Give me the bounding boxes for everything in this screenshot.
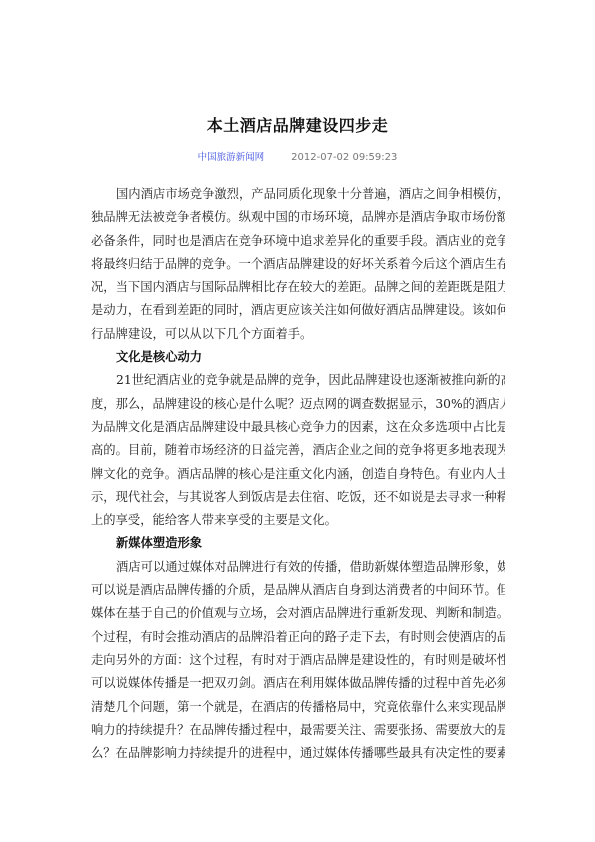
section-heading: 新媒体塑造形象 (91, 532, 505, 555)
paragraph-line: 牌文化的竞争。酒店品牌的核心是注重文化内涵，创造自身特色。有业内人士表 (91, 463, 505, 486)
section-heading: 文化是核心动力 (91, 346, 505, 369)
paragraph-line: 况，当下国内酒店与国际品牌相比存在较大的差距。品牌之间的差距既是阻力也 (91, 276, 505, 299)
paragraph-line: 可以说是酒店品牌传播的介质，是品牌从酒店自身到达消费者的中间环节。但是 (91, 579, 505, 602)
paragraph-line: 么？在品牌影响力持续提升的进程中，通过媒体传播哪些最具有决定性的要素？ (91, 742, 505, 765)
article-source-link[interactable]: 中国旅游新闻网 (198, 152, 265, 163)
paragraph-line: 个过程，有时会推动酒店的品牌沿着正向的路子走下去，有时则会使酒店的品牌 (91, 626, 505, 649)
paragraph-line: 21世纪酒店业的竞争就是品牌的竞争，因此品牌建设也逐渐被推向新的高 (91, 369, 505, 392)
article-title: 本土酒店品牌建设四步走 (0, 113, 595, 136)
article-meta: 中国旅游新闻网 2012-07-02 09:59:23 (0, 149, 595, 163)
paragraph-line: 独品牌无法被竞争者模仿。纵观中国的市场环境，品牌亦是酒店争取市场份额的 (91, 206, 505, 229)
paragraph-line: 媒体在基于自己的价值观与立场，会对酒店品牌进行重新发现、判断和制造。这 (91, 602, 505, 625)
paragraph-line: 酒店可以通过媒体对品牌进行有效的传播，借助新媒体塑造品牌形象，媒体 (91, 556, 505, 579)
paragraph-line: 将最终归结于品牌的竞争。一个酒店品牌建设的好坏关系着今后这个酒店生存状 (91, 253, 505, 276)
paragraph-line: 响力的持续提升？在品牌传播过程中，最需要关注、需要张扬、需要放大的是什 (91, 719, 505, 742)
article-body: 国内酒店市场竞争激烈，产品同质化现象十分普遍，酒店之间争相模仿，惟 独品牌无法被… (91, 183, 505, 765)
paragraph-line: 是动力，在看到差距的同时，酒店更应该关注如何做好酒店品牌建设。该如何进 (91, 299, 505, 322)
paragraph-line: 上的享受，能给客人带来享受的主要是文化。 (91, 509, 505, 532)
article-timestamp: 2012-07-02 09:59:23 (291, 152, 397, 163)
paragraph-line: 必备条件，同时也是酒店在竞争环境中追求差异化的重要手段。酒店业的竞争也 (91, 230, 505, 253)
paragraph-line: 示，现代社会，与其说客人到饭店是去住宿、吃饭，还不如说是去寻求一种精神 (91, 486, 505, 509)
paragraph-line: 可以说媒体传播是一把双刃剑。酒店在利用媒体做品牌传播的过程中首先必须要 (91, 672, 505, 695)
paragraph-line: 行品牌建设，可以从以下几个方面着手。 (91, 323, 505, 346)
paragraph-line: 为品牌文化是酒店品牌建设中最具核心竞争力的因素，这在众多选项中占比是最 (91, 416, 505, 439)
paragraph-line: 度，那么，品牌建设的核心是什么呢？迈点网的调查数据显示，30%的酒店人认 (91, 393, 505, 416)
paragraph-line: 国内酒店市场竞争激烈，产品同质化现象十分普遍，酒店之间争相模仿，惟 (91, 183, 505, 206)
paragraph-line: 高的。目前，随着市场经济的日益完善，酒店企业之间的竞争将更多地表现为品 (91, 439, 505, 462)
paragraph-line: 清楚几个问题，第一个就是，在酒店的传播格局中，究竟依靠什么来实现品牌影 (91, 696, 505, 719)
paragraph-line: 走向另外的方面：这个过程，有时对于酒店品牌是建设性的，有时则是破坏性的。 (91, 649, 505, 672)
